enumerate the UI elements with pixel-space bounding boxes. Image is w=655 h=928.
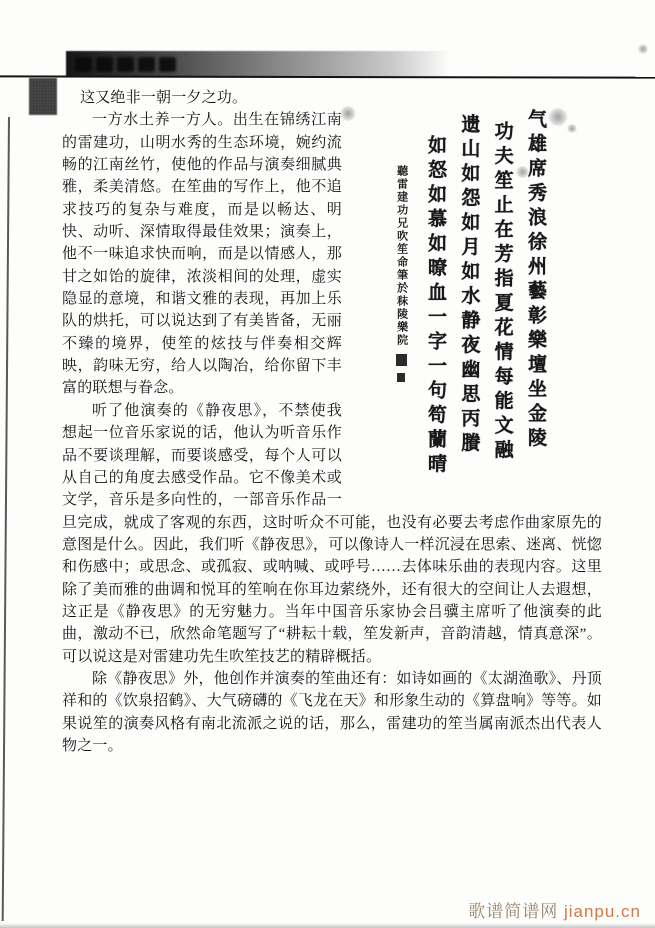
site-watermark: 歌谱简谱网 jianpu.cn <box>0 897 641 922</box>
watermark-site-url: jianpu.cn <box>564 902 641 921</box>
calligraphy-signature: 聽雷建功兄吹笙命筆於秣陵樂院 <box>390 165 412 347</box>
page-number-badge <box>29 78 57 115</box>
left-margin-rule <box>2 117 10 921</box>
calligraphy-signature-column: 聽雷建功兄吹笙命筆於秣陵樂院 <box>390 165 412 487</box>
header-title-illegible-glyph <box>159 57 176 72</box>
header-title-illegible-glyph <box>75 57 92 72</box>
header-band <box>66 51 450 77</box>
scan-speckle <box>567 124 577 133</box>
paragraph: 除《静夜思》外，他创作并演奏的笙曲还有：如诗如画的《太湖渔歌》、丹顶祥和的《饮泉… <box>62 668 602 757</box>
page-bottom-edge <box>0 923 655 928</box>
header-title-illegible-glyph <box>117 57 134 72</box>
calligraphy-scroll: 气雄席秀浪徐州藝彰樂壇坐金陵 功夫笙止在芳指夏花情每能文融 遗山如怨如月如水静夜… <box>354 109 564 487</box>
calligraphy-column: 遗山如怨如月如水静夜幽思丙賸 <box>457 114 479 487</box>
scan-speckle <box>638 44 648 54</box>
seal-stamp-icon <box>397 373 405 382</box>
header-rule <box>0 75 655 78</box>
header-title-illegible-glyph <box>96 57 113 72</box>
seal-stamp-icon <box>396 354 407 366</box>
scanned-book-page: 气雄席秀浪徐州藝彰樂壇坐金陵 功夫笙止在芳指夏花情每能文融 遗山如怨如月如水静夜… <box>0 0 655 928</box>
scan-speckle <box>516 166 529 178</box>
header-title-illegible-glyph <box>138 57 155 72</box>
calligraphy-artwork: 气雄席秀浪徐州藝彰樂壇坐金陵 功夫笙止在芳指夏花情每能文融 遗山如怨如月如水静夜… <box>342 87 602 491</box>
scan-speckle <box>548 108 568 126</box>
scan-speckle <box>340 106 356 121</box>
calligraphy-column: 功夫笙止在芳指夏花情每能文融 <box>490 121 512 487</box>
watermark-site-name: 歌谱简谱网 <box>468 902 558 921</box>
calligraphy-column: 如怒如慕如暸血一字一句笱蘭晴 <box>424 135 446 487</box>
calligraphy-column: 气雄席秀浪徐州藝彰樂壇坐金陵 <box>524 109 546 487</box>
body-text: 气雄席秀浪徐州藝彰樂壇坐金陵 功夫笙止在芳指夏花情每能文融 遗山如怨如月如水静夜… <box>62 87 602 757</box>
